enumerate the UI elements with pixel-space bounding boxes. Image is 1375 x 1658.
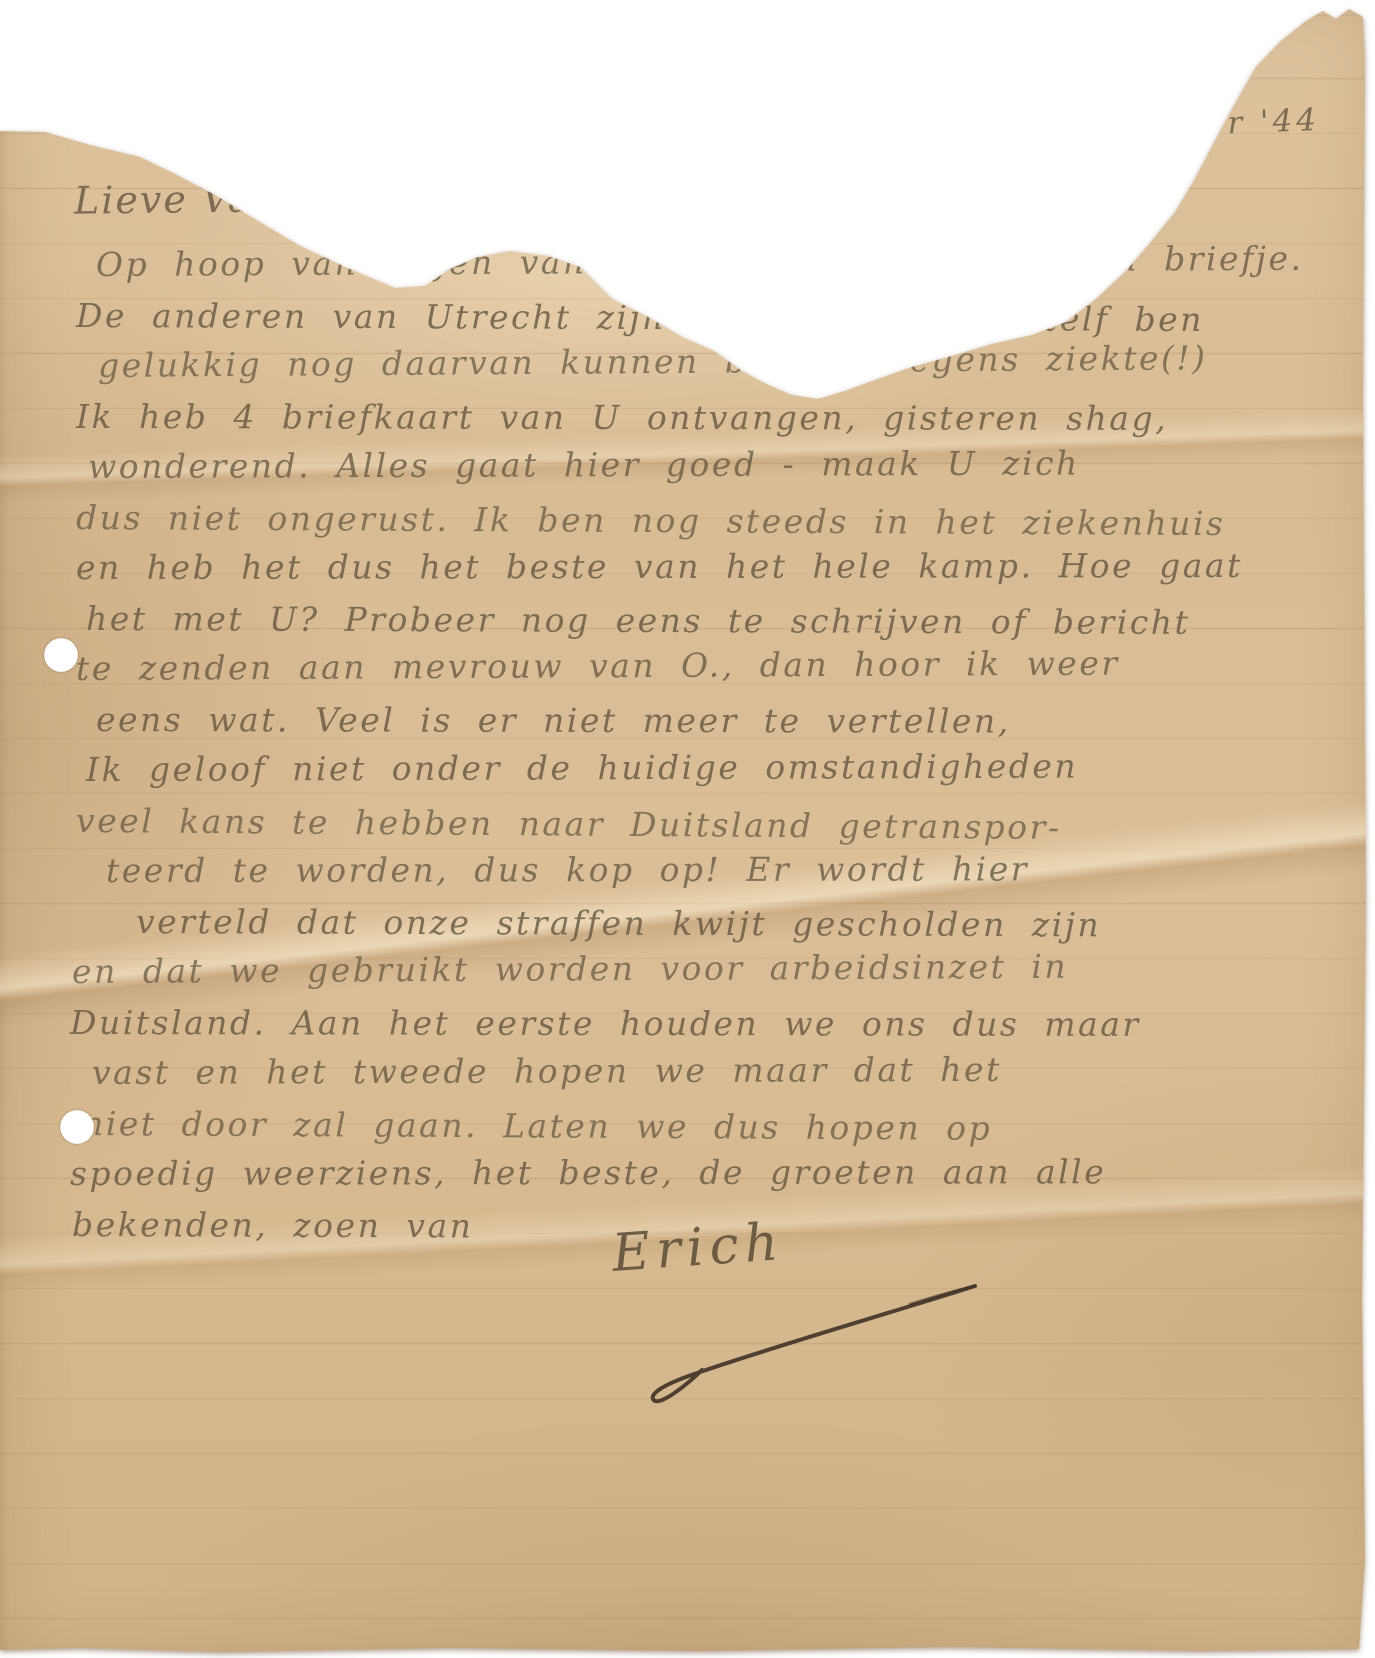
- signature-flourish: [560, 1180, 1010, 1420]
- letter-line: gelukkig nog daarvan kunnen blijven wege…: [98, 332, 1318, 391]
- paper-wrap: P.D.A. 29 October '44 Lieve Vader en Moe…: [0, 0, 1375, 1658]
- letter-line: teerd te worden, dus kop op! Er wordt hi…: [106, 844, 1318, 897]
- salutation-line: Lieve Vader en Moeder,: [74, 173, 574, 222]
- letter-line: eens wat. Veel is er niet meer te vertel…: [96, 695, 1318, 748]
- letter-line: te zenden aan mevrouw van O., dan hoor i…: [76, 637, 1318, 694]
- letter-line: Duitsland. Aan het eerste houden we ons …: [70, 998, 1318, 1051]
- paper-sheet: P.D.A. 29 October '44 Lieve Vader en Moe…: [0, 0, 1375, 1658]
- scan-background: P.D.A. 29 October '44 Lieve Vader en Moe…: [0, 0, 1375, 1658]
- letter-line: Ik heb 4 briefkaart van U ontvangen, gis…: [76, 392, 1318, 445]
- letter-line: Op hoop van zegen van goede aankomst eve…: [96, 234, 1318, 291]
- letter-body: Op hoop van zegen van goede aankomst eve…: [68, 240, 1318, 1250]
- letter-line: vast en het tweede hopen we maar dat het: [92, 1044, 1318, 1099]
- letter-line: wonderend. Alles gaat hier goed - maak U…: [88, 438, 1318, 493]
- letter-line: en dat we gebruikt worden voor arbeidsin…: [72, 940, 1318, 997]
- letter-line: Ik geloof niet onder de huidige omstandi…: [86, 741, 1318, 796]
- punch-hole-top: [44, 638, 78, 672]
- punch-hole-bottom: [60, 1110, 94, 1144]
- letter-line: en heb het dus het beste van het hele ka…: [76, 541, 1318, 594]
